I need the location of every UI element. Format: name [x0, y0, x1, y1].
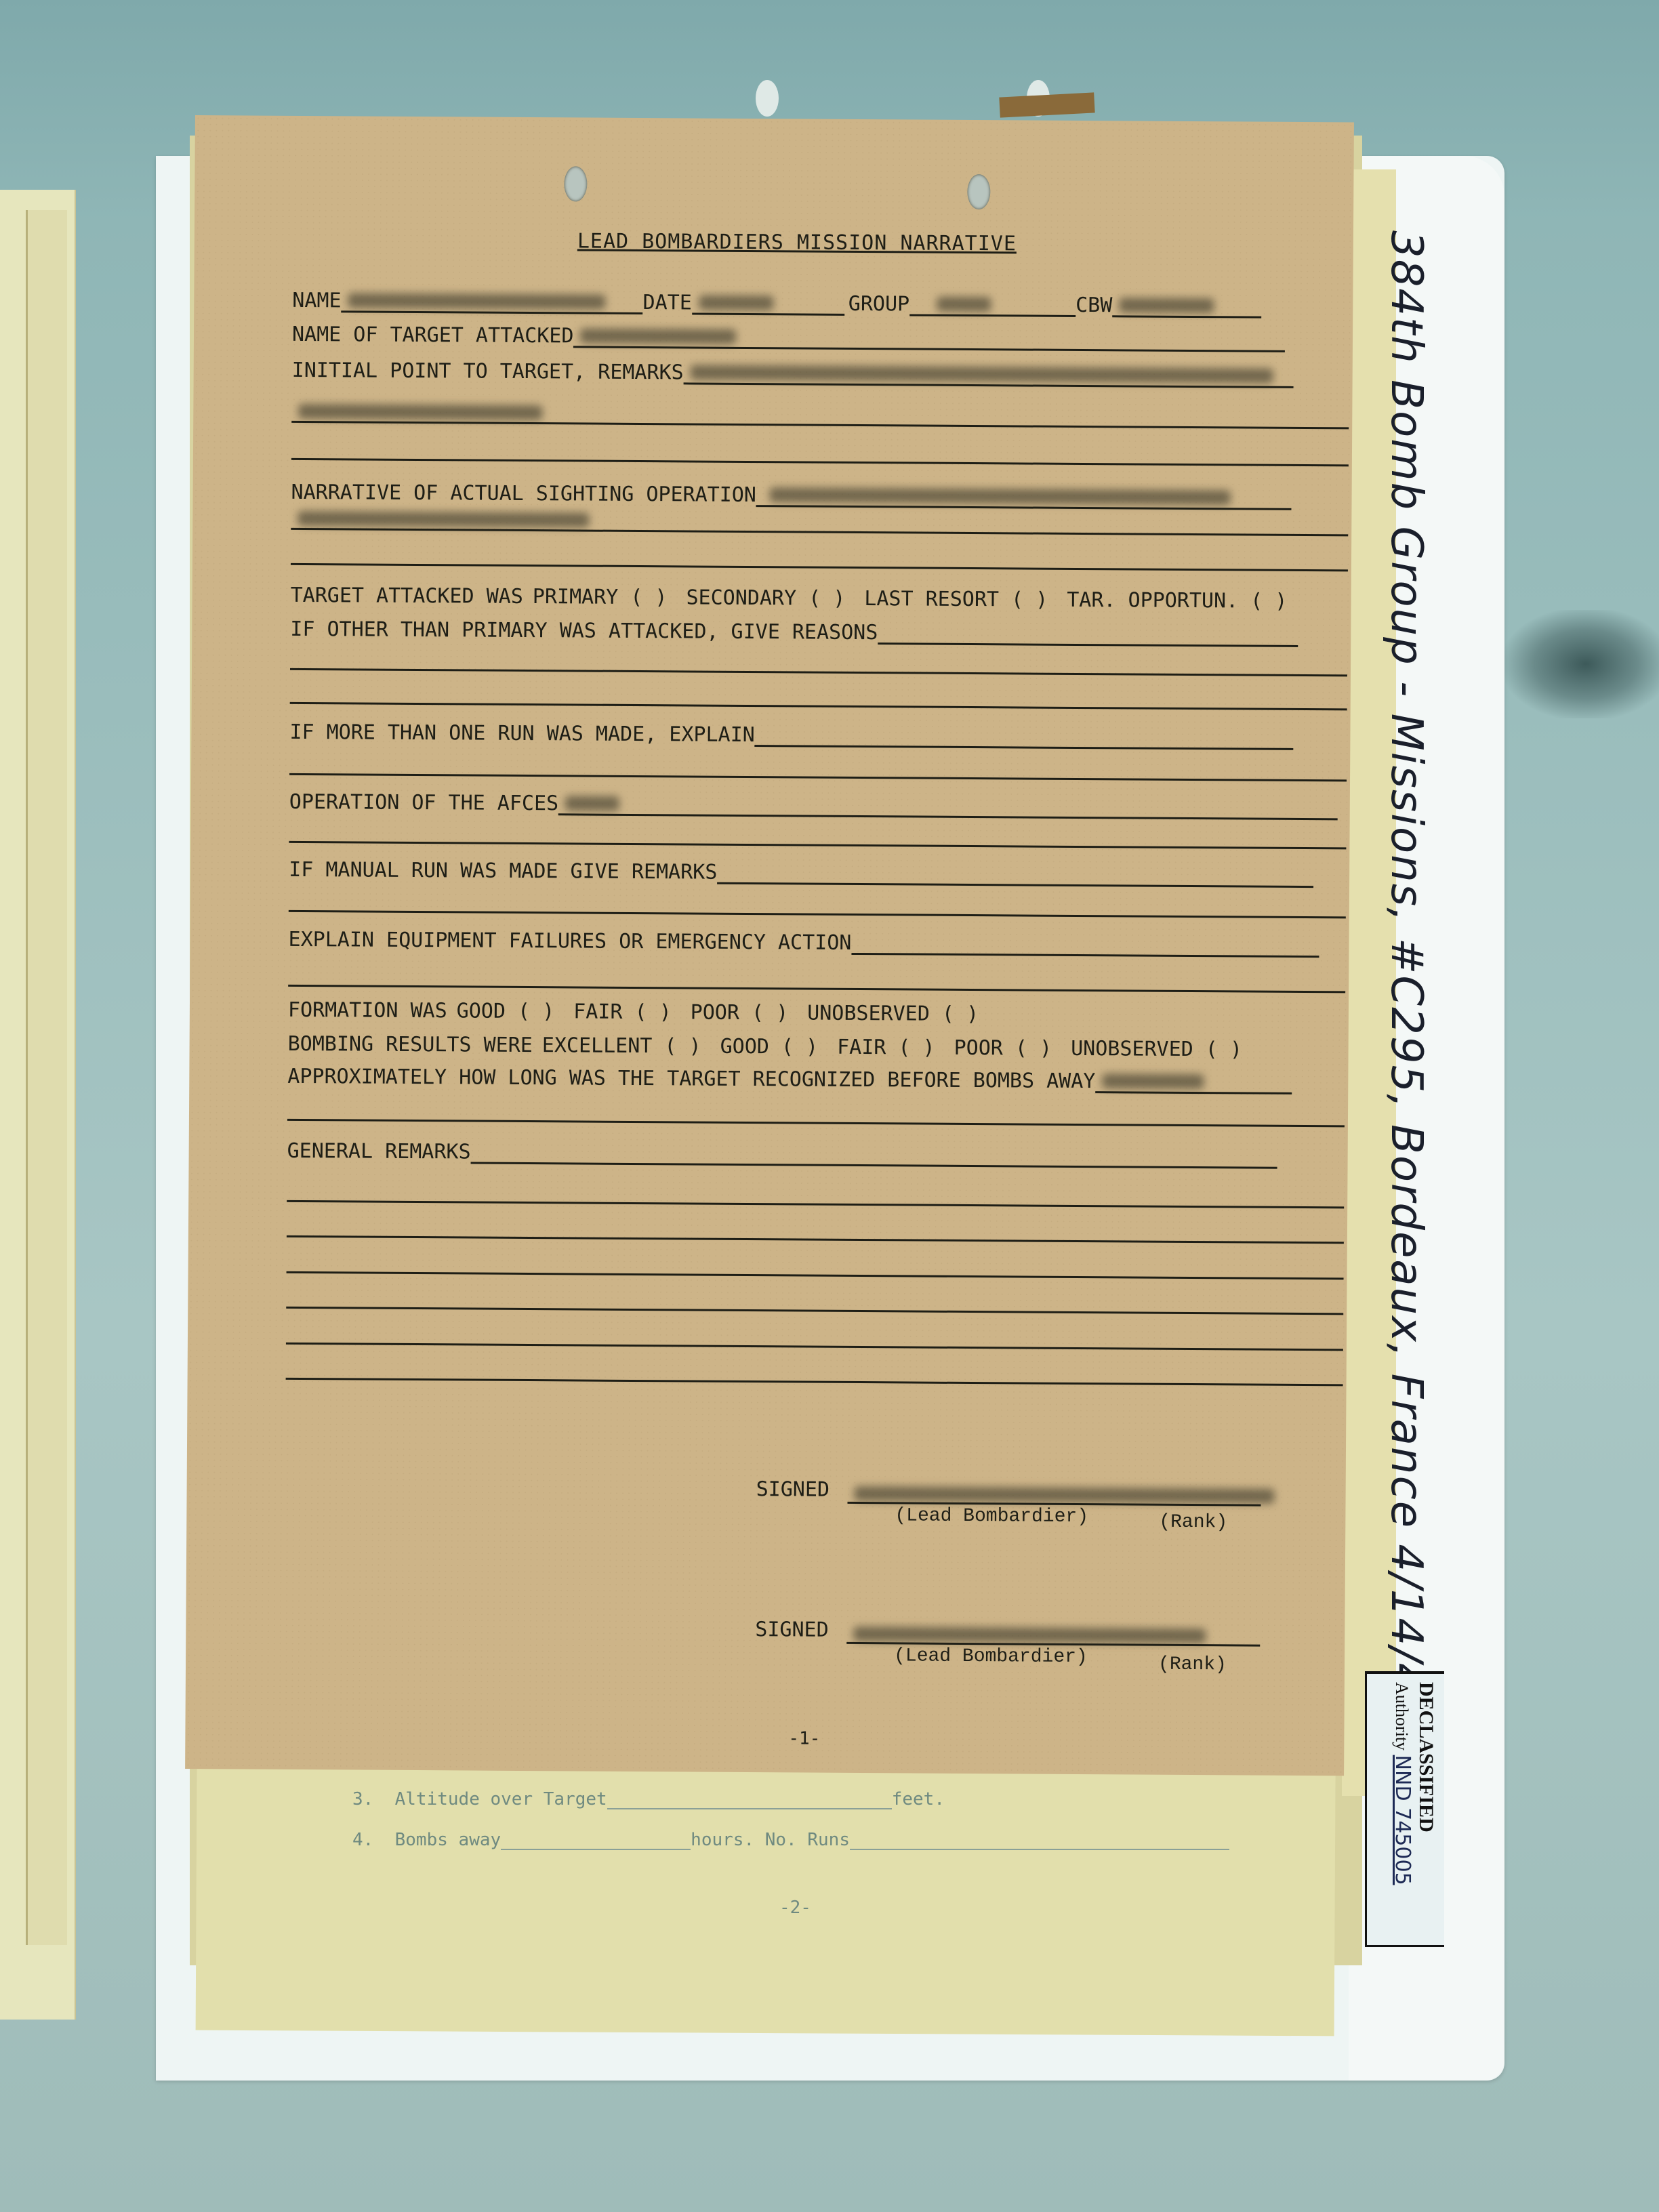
punch-hole — [564, 166, 587, 201]
signature-1-rank-caption: (Rank) — [1159, 1512, 1227, 1534]
item-label: Altitude over Target — [395, 1789, 607, 1809]
target-field — [573, 325, 1285, 352]
equipment-label: EXPLAIN EQUIPMENT FAILURES OR EMERGENCY … — [288, 928, 851, 955]
afces-label: OPERATION OF THE AFCES — [289, 790, 559, 815]
stamp-authority-number: NND 745005 — [1391, 1755, 1414, 1885]
signature-2-label: SIGNED — [755, 1618, 829, 1642]
item-suffix: feet. — [892, 1789, 945, 1809]
initial-point-row: INITIAL POINT TO TARGET, REMARKS — [292, 359, 1294, 388]
cbw-label: CBW — [1076, 293, 1112, 317]
general-remarks-line — [287, 1235, 1344, 1244]
narrative-row: NARRATIVE OF ACTUAL SIGHTING OPERATION — [291, 480, 1292, 510]
checkbox-results-fair[interactable]: FAIR ( ) — [837, 1036, 935, 1060]
cbw-field — [1112, 295, 1261, 318]
initial-point-line-2 — [291, 421, 1349, 430]
checkbox-primary[interactable]: PRIMARY ( ) — [533, 585, 668, 609]
manual-run-field — [717, 862, 1313, 888]
checkbox-target-of-opportunity[interactable]: TAR. OPPORTUN. ( ) — [1067, 588, 1287, 613]
signature-2-role-caption: (Lead Bombardier) — [894, 1645, 1088, 1668]
item-value — [850, 1831, 1229, 1850]
bombing-results-label: BOMBING RESULTS WERE — [288, 1032, 533, 1057]
narrative-field — [756, 485, 1292, 510]
checkbox-formation-good[interactable]: GOOD ( ) — [457, 999, 555, 1023]
date-field — [692, 292, 844, 315]
checkbox-results-poor[interactable]: POOR ( ) — [954, 1036, 1052, 1061]
afces-row: OPERATION OF THE AFCES — [289, 790, 1338, 820]
item-label: Bombs away — [395, 1830, 501, 1850]
signature-2-rank-caption: (Rank) — [1158, 1654, 1227, 1676]
target-type-label: TARGET ATTACKED WAS — [291, 583, 523, 609]
sheet2-item: 4. Bombs away hours. No. Runs — [352, 1830, 1229, 1850]
group-label: GROUP — [848, 292, 910, 316]
mission-narrative-form: LEAD BOMBARDIERS MISSION NARRATIVE NAME … — [185, 115, 1354, 1776]
target-row: NAME OF TARGET ATTACKED — [292, 323, 1286, 352]
more-than-one-run-line-2 — [289, 773, 1347, 782]
signature-1-label: SIGNED — [756, 1477, 830, 1502]
stamp-title: DECLASSIFIED — [1414, 1682, 1437, 1885]
formation-label: FORMATION WAS — [288, 998, 447, 1023]
manual-run-line-2 — [289, 910, 1346, 919]
sheet2-item: 3. Altitude over Target feet. — [352, 1789, 945, 1809]
general-remarks-row: GENERAL REMARKS — [287, 1139, 1277, 1169]
stamp-authority: Authority NND 745005 — [1391, 1682, 1414, 1885]
initial-point-field — [684, 362, 1294, 388]
recognized-row: APPROXIMATELY HOW LONG WAS THE TARGET RE… — [287, 1065, 1292, 1094]
recognized-label: APPROXIMATELY HOW LONG WAS THE TARGET RE… — [287, 1065, 1095, 1093]
checkbox-results-good[interactable]: GOOD ( ) — [720, 1035, 819, 1059]
more-than-one-run-field — [755, 724, 1294, 750]
general-remarks-line — [287, 1271, 1344, 1280]
checkbox-last-resort[interactable]: LAST RESORT ( ) — [864, 587, 1048, 612]
other-than-primary-line-3 — [290, 702, 1347, 711]
target-type-row: TARGET ATTACKED WAS PRIMARY ( ) SECONDAR… — [291, 583, 1297, 613]
item-value — [501, 1831, 691, 1850]
formation-row: FORMATION WAS GOOD ( ) FAIR ( ) POOR ( )… — [288, 998, 988, 1026]
equipment-line-2 — [288, 985, 1345, 994]
stamp-authority-label: Authority — [1392, 1682, 1412, 1750]
group-field — [909, 293, 1076, 316]
narrative-line-3 — [291, 563, 1348, 572]
name-label: NAME — [292, 289, 341, 312]
other-than-primary-field — [878, 622, 1298, 647]
initial-point-line-3 — [291, 458, 1349, 467]
narrative-label: NARRATIVE OF ACTUAL SIGHTING OPERATION — [291, 480, 756, 507]
target-label: NAME OF TARGET ATTACKED — [292, 323, 574, 348]
checkbox-results-excellent[interactable]: EXCELLENT ( ) — [542, 1033, 701, 1058]
manual-run-label: IF MANUAL RUN WAS MADE GIVE REMARKS — [289, 858, 717, 884]
sheet2-page-number: -2- — [779, 1898, 811, 1918]
declassified-stamp: DECLASSIFIED Authority NND 745005 — [1365, 1671, 1444, 1947]
other-than-primary-label: IF OTHER THAN PRIMARY WAS ATTACKED, GIVE… — [290, 617, 878, 644]
checkbox-formation-unobserved[interactable]: UNOBSERVED ( ) — [807, 1002, 979, 1027]
folder-handwritten-label: 384th Bomb Group - Missions, #C295, Bord… — [1381, 230, 1431, 1721]
header-fields-row: NAME DATE GROUP CBW — [292, 289, 1261, 319]
checkbox-secondary[interactable]: SECONDARY ( ) — [686, 586, 845, 610]
general-remarks-label: GENERAL REMARKS — [287, 1139, 471, 1164]
more-than-one-run-label: IF MORE THAN ONE RUN WAS MADE, EXPLAIN — [289, 720, 755, 747]
signature-1-role-caption: (Lead Bombardier) — [895, 1505, 1088, 1528]
checkbox-formation-poor[interactable]: POOR ( ) — [691, 1000, 789, 1025]
item-number: 3. — [352, 1789, 373, 1809]
equipment-row: EXPLAIN EQUIPMENT FAILURES OR EMERGENCY … — [288, 928, 1319, 958]
other-than-primary-row: IF OTHER THAN PRIMARY WAS ATTACKED, GIVE… — [290, 617, 1298, 647]
general-remarks-line — [287, 1200, 1344, 1209]
general-remarks-line — [286, 1378, 1343, 1387]
name-field — [341, 290, 642, 314]
tape-strip — [999, 92, 1094, 117]
bombing-results-row: BOMBING RESULTS WERE EXCELLENT ( ) GOOD … — [288, 1032, 1252, 1062]
general-remarks-line — [286, 1343, 1343, 1351]
general-remarks-field — [470, 1142, 1277, 1169]
page-number: -1- — [788, 1728, 820, 1748]
manual-run-row: IF MANUAL RUN WAS MADE GIVE REMARKS — [289, 858, 1313, 888]
more-than-one-run-row: IF MORE THAN ONE RUN WAS MADE, EXPLAIN — [289, 720, 1294, 750]
checkbox-results-unobserved[interactable]: UNOBSERVED ( ) — [1071, 1037, 1242, 1062]
item-suffix: hours. No. Runs — [691, 1830, 850, 1850]
narrative-line-2 — [291, 528, 1348, 537]
background-smudge — [1504, 610, 1659, 718]
afces-line-2 — [289, 841, 1346, 850]
initial-point-label: INITIAL POINT TO TARGET, REMARKS — [292, 359, 684, 385]
form-title: LEAD BOMBARDIERS MISSION NARRATIVE — [577, 229, 1017, 255]
left-document-stack — [0, 190, 76, 2020]
recognized-line-2 — [287, 1119, 1345, 1128]
recognized-field — [1095, 1071, 1292, 1094]
afces-field — [558, 793, 1338, 820]
checkbox-formation-fair[interactable]: FAIR ( ) — [573, 1000, 672, 1024]
date-label: DATE — [642, 291, 691, 314]
item-number: 4. — [352, 1830, 373, 1850]
equipment-field — [851, 933, 1319, 958]
punch-hole — [756, 80, 779, 117]
other-than-primary-line-2 — [290, 668, 1347, 677]
item-value — [607, 1790, 892, 1809]
general-remarks-line — [286, 1307, 1343, 1315]
punch-hole — [967, 174, 990, 209]
